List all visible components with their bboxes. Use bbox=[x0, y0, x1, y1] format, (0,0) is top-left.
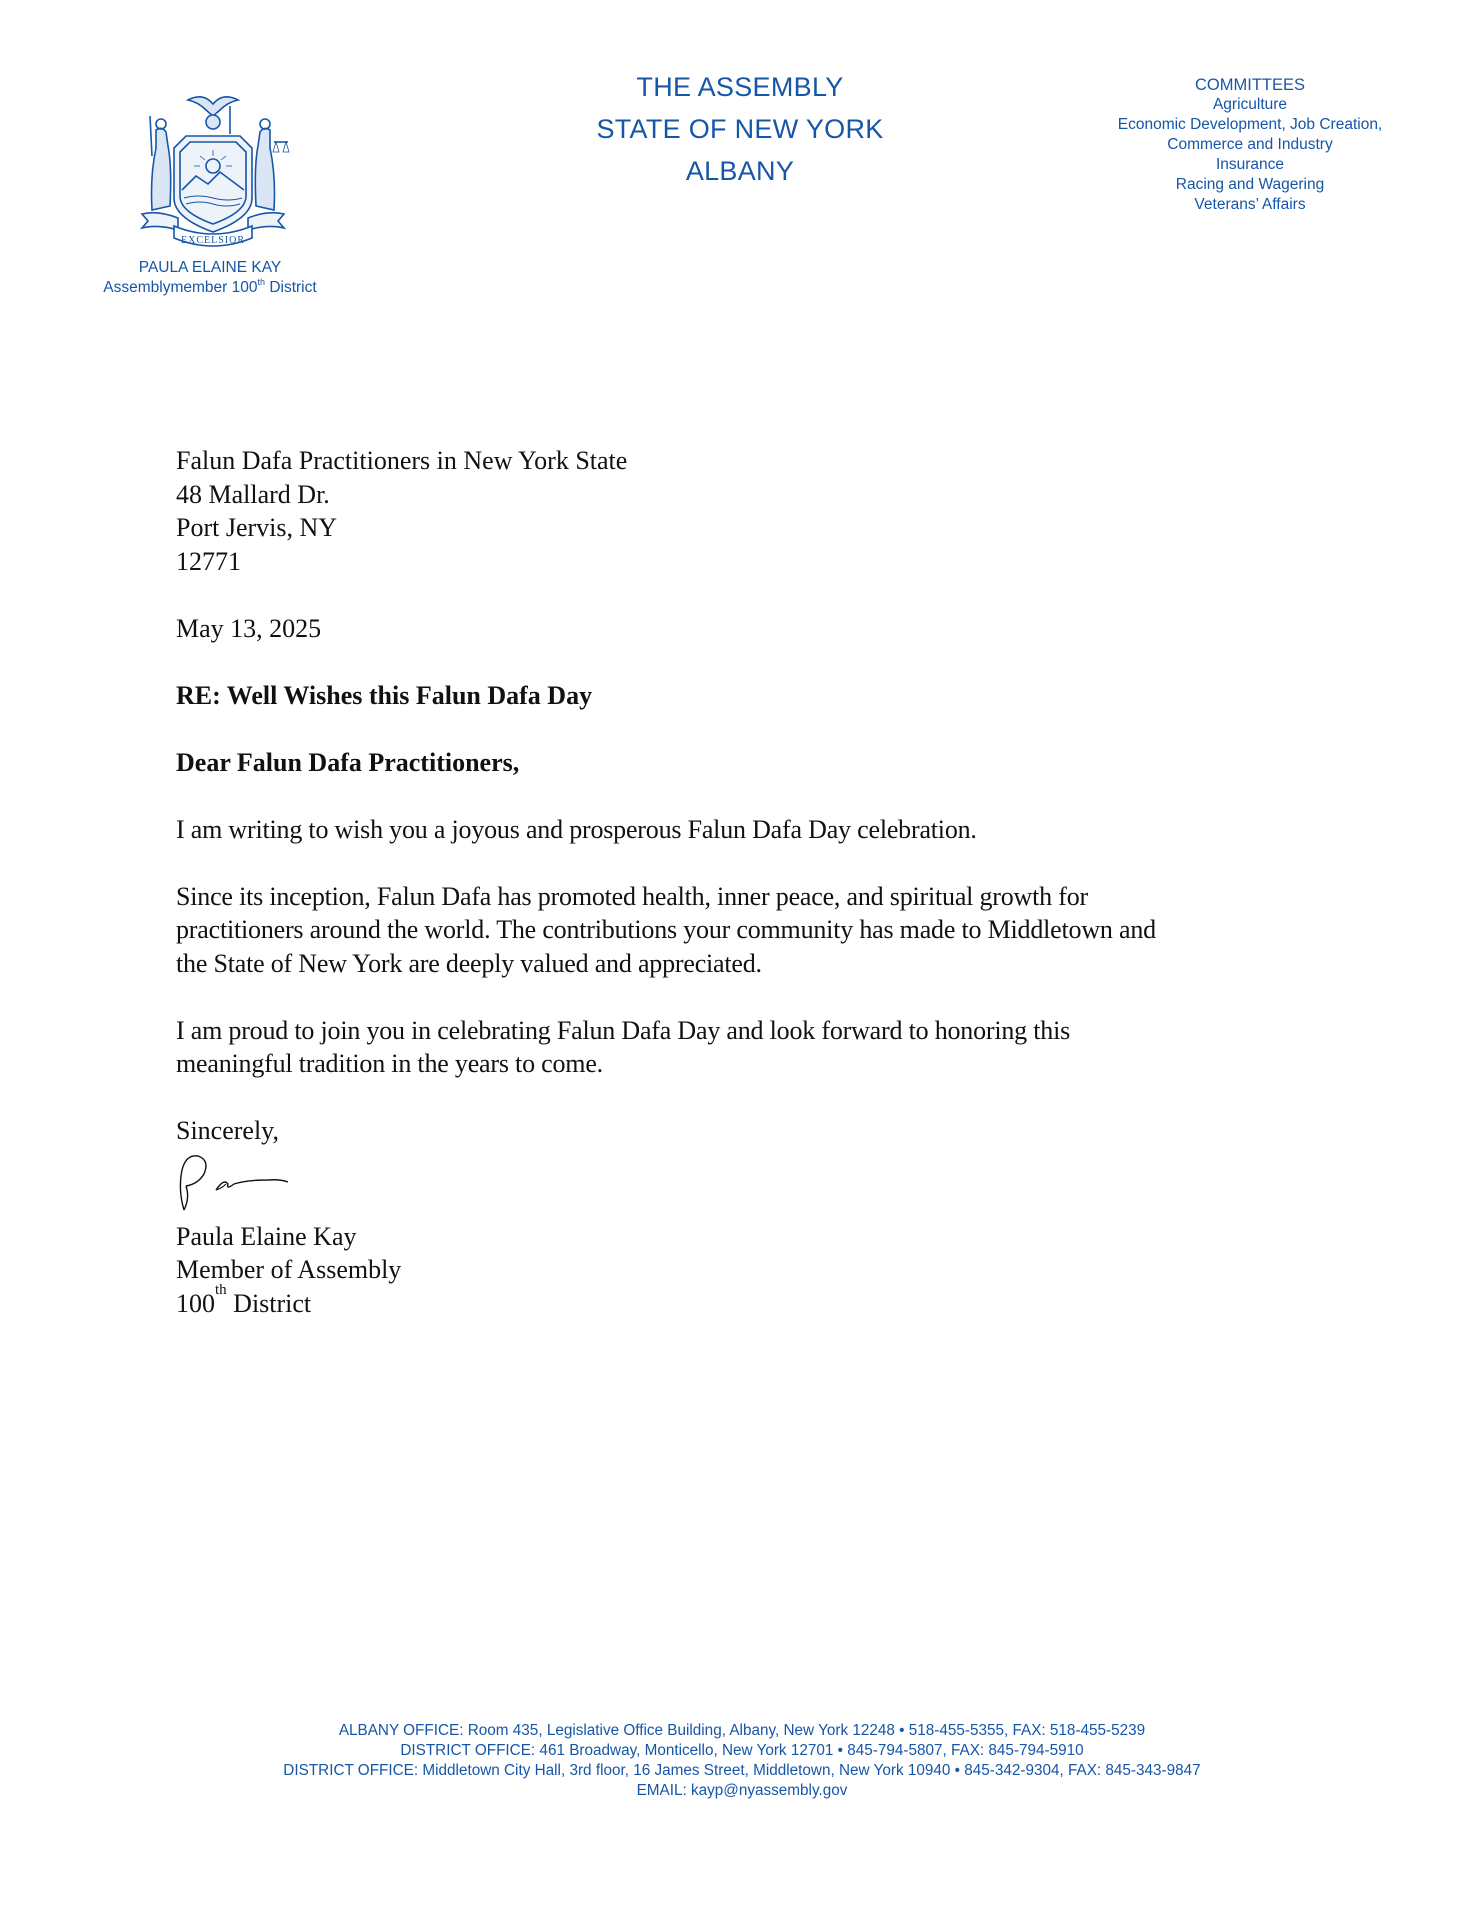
footer-line: ALBANY OFFICE: Room 435, Legislative Off… bbox=[140, 1721, 1344, 1741]
handwritten-signature-icon bbox=[176, 1150, 306, 1216]
paragraph-line: I am proud to join you in celebrating Fa… bbox=[176, 1014, 1326, 1048]
signer-district: 100th District bbox=[176, 1287, 1326, 1321]
recipient-address: Falun Dafa Practitioners in New York Sta… bbox=[176, 444, 1326, 578]
footer-line: DISTRICT OFFICE: 461 Broadway, Monticell… bbox=[140, 1741, 1344, 1761]
committee-item: Veterans’ Affairs bbox=[1080, 195, 1420, 215]
paragraph-line: I am writing to wish you a joyous and pr… bbox=[176, 813, 1326, 847]
footer-email: EMAIL: kayp@nyassembly.gov bbox=[140, 1781, 1344, 1801]
committee-item: Agriculture bbox=[1080, 95, 1420, 115]
footer-line: DISTRICT OFFICE: Middletown City Hall, 3… bbox=[140, 1761, 1344, 1781]
letterhead-title: THE ASSEMBLY STATE OF NEW YORK ALBANY bbox=[520, 66, 960, 192]
ny-state-seal-icon: EXCELSIOR bbox=[128, 86, 298, 256]
paragraph-line: practitioners around the world. The cont… bbox=[176, 913, 1326, 947]
committee-item: Insurance bbox=[1080, 155, 1420, 175]
closing: Sincerely, bbox=[176, 1114, 1326, 1148]
letter-body: Falun Dafa Practitioners in New York Sta… bbox=[176, 444, 1326, 1320]
letter-date: May 13, 2025 bbox=[176, 612, 1326, 646]
paragraph: I am proud to join you in celebrating Fa… bbox=[176, 1014, 1326, 1081]
member-name: PAULA ELAINE KAY bbox=[60, 258, 360, 278]
paragraph-line: meaningful tradition in the years to com… bbox=[176, 1047, 1326, 1081]
letterhead-footer: ALBANY OFFICE: Room 435, Legislative Off… bbox=[140, 1721, 1344, 1801]
letter-subject: RE: Well Wishes this Falun Dafa Day bbox=[176, 679, 1326, 713]
committees-list: COMMITTEES Agriculture Economic Developm… bbox=[1080, 75, 1420, 215]
committee-item: Economic Development, Job Creation, bbox=[1080, 115, 1420, 135]
paragraph: Since its inception, Falun Dafa has prom… bbox=[176, 880, 1326, 981]
committee-item: Racing and Wagering bbox=[1080, 175, 1420, 195]
letterhead-line: THE ASSEMBLY bbox=[520, 66, 960, 108]
signer-name: Paula Elaine Kay bbox=[176, 1220, 1326, 1254]
letter-page: EXCELSIOR PAULA ELAINE KAY Assemblymembe… bbox=[0, 0, 1484, 1920]
address-line: Falun Dafa Practitioners in New York Sta… bbox=[176, 444, 1326, 478]
address-line: 12771 bbox=[176, 545, 1326, 579]
paragraph-line: the State of New York are deeply valued … bbox=[176, 947, 1326, 981]
letterhead-line: ALBANY bbox=[520, 150, 960, 192]
address-line: Port Jervis, NY bbox=[176, 511, 1326, 545]
member-title: Assemblymember 100th District bbox=[60, 278, 360, 298]
signer-title: Member of Assembly bbox=[176, 1253, 1326, 1287]
svg-text:EXCELSIOR: EXCELSIOR bbox=[181, 235, 245, 246]
salutation: Dear Falun Dafa Practitioners, bbox=[176, 746, 1326, 780]
address-line: 48 Mallard Dr. bbox=[176, 478, 1326, 512]
paragraph: I am writing to wish you a joyous and pr… bbox=[176, 813, 1326, 847]
member-block: PAULA ELAINE KAY Assemblymember 100th Di… bbox=[60, 258, 360, 298]
paragraph-line: Since its inception, Falun Dafa has prom… bbox=[176, 880, 1326, 914]
committee-item: Commerce and Industry bbox=[1080, 135, 1420, 155]
committees-title: COMMITTEES bbox=[1080, 75, 1420, 95]
letterhead-line: STATE OF NEW YORK bbox=[520, 108, 960, 150]
